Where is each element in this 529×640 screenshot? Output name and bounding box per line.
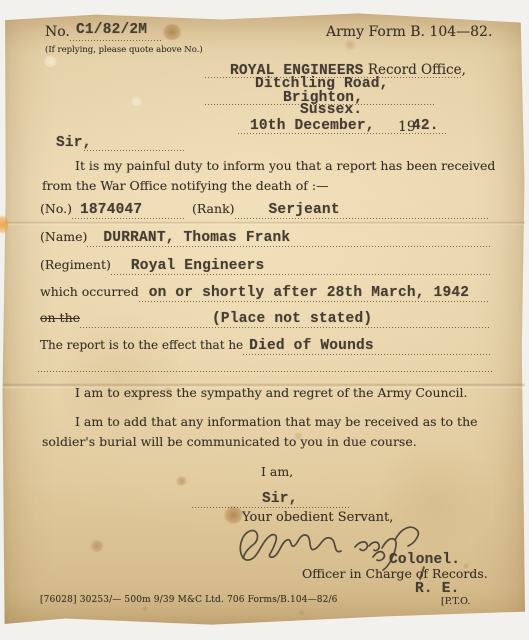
field-row-no-rank: (No.) 1874047 (Rank) Serjeant bbox=[40, 199, 490, 219]
no-field-label: (No.) bbox=[40, 202, 72, 216]
report-value: Died of Wounds bbox=[243, 338, 374, 354]
regiment-field-label: (Regiment) bbox=[40, 258, 111, 272]
closing-sir: Sir, bbox=[262, 491, 298, 508]
rank-field-value: Serjeant bbox=[235, 202, 340, 218]
regiment-field-line: Royal Engineers bbox=[111, 255, 490, 275]
closing-i-am: I am, bbox=[261, 465, 293, 479]
report-line: Died of Wounds bbox=[243, 335, 490, 355]
dotted-line bbox=[38, 371, 494, 372]
address-line-4: Sussex. bbox=[300, 102, 362, 119]
dotted-line bbox=[192, 507, 350, 508]
no-field-line: 1874047 bbox=[72, 199, 186, 219]
rank-field-label: (Rank) bbox=[192, 202, 235, 216]
burial-paragraph: I am to add that any information that ma… bbox=[42, 412, 500, 452]
name-field-label: (Name) bbox=[40, 230, 87, 244]
field-row-place: on the (Place not stated) bbox=[40, 308, 490, 328]
name-field-line: DURRANT, Thomas Frank bbox=[87, 227, 490, 247]
form-number: Army Form B. 104—82. bbox=[326, 24, 492, 40]
field-row-regiment: (Regiment) Royal Engineers bbox=[40, 255, 490, 275]
occurred-label: which occurred bbox=[40, 285, 139, 299]
place-line: (Place not stated) bbox=[80, 308, 490, 328]
sympathy-paragraph: I am to express the sympathy and regret … bbox=[42, 386, 502, 400]
name-field-value: DURRANT, Thomas Frank bbox=[87, 230, 290, 246]
ref-number-label: No. bbox=[45, 24, 70, 40]
intro-paragraph: It is my painful duty to inform you that… bbox=[42, 156, 497, 196]
dotted-line bbox=[84, 150, 186, 151]
dotted-line bbox=[70, 40, 162, 41]
report-label: The report is to the effect that he bbox=[40, 339, 243, 353]
occurred-value: on or shortly after 28th March, 1942 bbox=[139, 285, 469, 301]
place-value: (Place not stated) bbox=[80, 311, 372, 327]
ref-note: (If replying, please quote above No.) bbox=[45, 46, 203, 56]
on-the-struck-label: on the bbox=[40, 311, 80, 325]
footer-pto: [P.T.O. bbox=[441, 597, 470, 608]
field-row-name: (Name) DURRANT, Thomas Frank bbox=[40, 227, 490, 247]
field-row-occurred: which occurred on or shortly after 28th … bbox=[40, 282, 490, 302]
regiment-field-value: Royal Engineers bbox=[111, 258, 265, 274]
no-field-value: 1874047 bbox=[72, 202, 142, 218]
date-year-typed: 42. bbox=[412, 118, 439, 135]
field-row-report: The report is to the effect that he Died… bbox=[40, 335, 490, 355]
footer-print-code: [76028] 30253/— 500m 9/39 M&C Ltd. 706 F… bbox=[40, 595, 338, 605]
rank-field-line: Serjeant bbox=[235, 199, 490, 219]
occurred-line: on or shortly after 28th March, 1942 bbox=[139, 282, 490, 302]
scanned-letter-page: No. C1/82/2M (If replying, please quote … bbox=[0, 0, 529, 640]
ref-number-value: C1/82/2M bbox=[76, 22, 147, 39]
date-day-typed: 10th December, bbox=[250, 118, 375, 135]
signer-title: Officer in Charge of Records. bbox=[302, 567, 488, 581]
